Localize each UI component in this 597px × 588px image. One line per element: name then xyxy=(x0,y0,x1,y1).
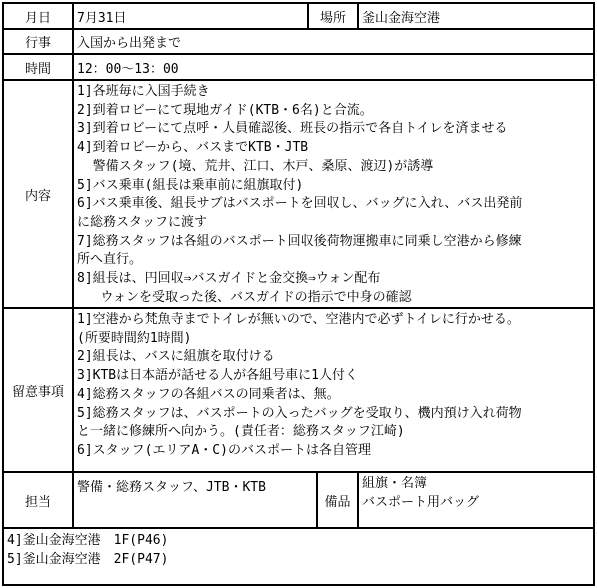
event-value: 入国から出発まで xyxy=(74,30,593,53)
text-line: 1]各班毎に入国手続き xyxy=(77,83,590,102)
time-value: 12：00〜13：00 xyxy=(74,55,593,79)
text-line: に総務スタッフに渡す xyxy=(77,214,590,233)
content-label: 内容 xyxy=(4,81,74,307)
equipment-value: 組旗・名簿バスポート用バッグ xyxy=(359,473,593,527)
time-label: 時間 xyxy=(4,55,74,79)
text-line: 2]組長は、バスに組旗を取付ける xyxy=(77,348,590,367)
row-time: 時間 12：00〜13：00 xyxy=(4,55,593,81)
text-line: 6]スタッフ(エリアA・C)のバスポートは各自管理 xyxy=(77,442,590,461)
text-line: 4]総務スタッフの各組バスの同乗者は、無。 xyxy=(77,386,590,405)
text-line: 所へ直行。 xyxy=(77,251,590,270)
text-line: 2]到着ロビーにて現地ガイド(KTB・6名)と合流。 xyxy=(77,102,590,121)
row-notes: 留意事項 1]空港から梵魚寺までトイレが無いので、空港内で必ずトイレに行かせる。… xyxy=(4,309,593,473)
notes-body: 1]空港から梵魚寺までトイレが無いので、空港内で必ずトイレに行かせる。(所要時間… xyxy=(74,309,593,471)
text-line: 3]KTBは日本語が話せる人が各組号車に1人付く xyxy=(77,367,590,386)
text-line: と一緒に修練所へ向かう。(責任者：総務スタッフ江崎) xyxy=(77,423,590,442)
text-line: 7]総務スタッフは各組のバスポート回収後荷物運搬車に同乗し空港から修練 xyxy=(77,233,590,252)
event-label: 行事 xyxy=(4,30,74,53)
footer-references: 4]釜山金海空港 1F(P46)5]釜山金海空港 2F(P47) xyxy=(4,529,593,584)
staff-value: 警備・総務スタッフ、JTB・KTB xyxy=(74,473,318,527)
text-line: 5]バス乗車(組長は乗車前に組旗取付) xyxy=(77,177,590,196)
text-line: 3]到着ロビーにて点呼・人員確認後、班長の指示で各自トイレを済ませる xyxy=(77,120,590,139)
equipment-label: 備品 xyxy=(318,473,359,527)
notes-label: 留意事項 xyxy=(4,309,74,471)
text-line: 6]バス乗車後、組長サブはバスポートを回収し、バッグに入れ、バス出発前 xyxy=(77,195,590,214)
date-label: 月日 xyxy=(4,4,74,28)
place-label: 場所 xyxy=(309,4,359,28)
itinerary-page: { "colors": { "background": "#ffffff", "… xyxy=(0,0,597,588)
date-value: 7月31日 xyxy=(74,4,309,28)
text-line: ウォンを受取った後、バスガイドの指示で中身の確認 xyxy=(77,289,590,307)
text-line: 警備スタッフ(境、荒井、江口、木戸、桑原、渡辺)が誘導 xyxy=(77,158,590,177)
text-line: 5]釜山金海空港 2F(P47) xyxy=(7,550,590,569)
text-line: 組旗・名簿 xyxy=(362,475,590,494)
staff-label: 担当 xyxy=(4,473,74,527)
text-line: 8]組長は、円回収⇒バスガイドと金交換⇒ウォン配布 xyxy=(77,270,590,289)
text-line: 1]空港から梵魚寺までトイレが無いので、空港内で必ずトイレに行かせる。 xyxy=(77,311,590,330)
row-event: 行事 入国から出発まで xyxy=(4,30,593,55)
row-date-place: 月日 7月31日 場所 釜山金海空港 xyxy=(4,4,593,30)
text-line: 4]到着ロビーから、バスまでKTB・JTB xyxy=(77,139,590,158)
schedule-table: 月日 7月31日 場所 釜山金海空港 行事 入国から出発まで 時間 12：00〜… xyxy=(2,2,595,586)
text-line: (所要時間約1時間) xyxy=(77,330,590,349)
text-line: 5]総務スタッフは、バスポートの入ったバッグを受取り、機内預け入れ荷物 xyxy=(77,405,590,424)
row-content: 内容 1]各班毎に入国手続き2]到着ロビーにて現地ガイド(KTB・6名)と合流。… xyxy=(4,81,593,309)
text-line: 4]釜山金海空港 1F(P46) xyxy=(7,531,590,550)
place-value: 釜山金海空港 xyxy=(359,4,593,28)
text-line: バスポート用バッグ xyxy=(362,494,590,513)
row-staff-equipment: 担当 警備・総務スタッフ、JTB・KTB 備品 組旗・名簿バスポート用バッグ xyxy=(4,473,593,529)
content-body: 1]各班毎に入国手続き2]到着ロビーにて現地ガイド(KTB・6名)と合流。3]到… xyxy=(74,81,593,307)
row-footer: 4]釜山金海空港 1F(P46)5]釜山金海空港 2F(P47) xyxy=(4,529,593,584)
